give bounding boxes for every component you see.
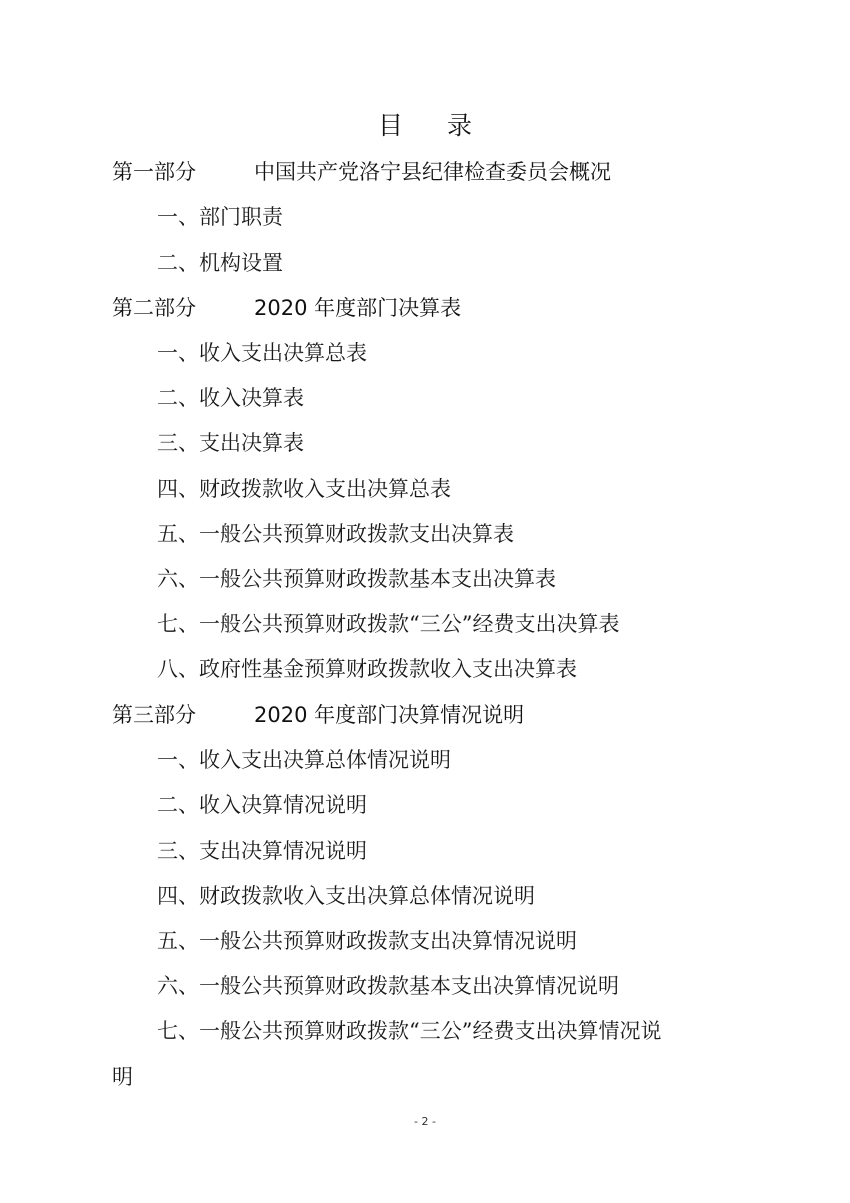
page-number: - 2 - — [0, 1115, 850, 1128]
toc-item[interactable]: 二、机构设置 — [157, 248, 283, 278]
toc-item[interactable]: 一、收入支出决算总表 — [157, 338, 367, 368]
toc-item[interactable]: 六、一般公共预算财政拨款基本支出决算情况说明 — [157, 971, 619, 1001]
toc-item[interactable]: 一、收入支出决算总体情况说明 — [157, 745, 451, 775]
toc-item[interactable]: 四、财政拨款收入支出决算总体情况说明 — [157, 881, 535, 911]
toc-item[interactable]: 七、一般公共预算财政拨款“三公”经费支出决算情况说 — [157, 1016, 661, 1046]
toc-item[interactable]: 五、一般公共预算财政拨款支出决算表 — [157, 519, 514, 549]
toc-item[interactable]: 八、政府性基金预算财政拨款收入支出决算表 — [157, 654, 577, 684]
toc-item[interactable]: 四、财政拨款收入支出决算总表 — [157, 474, 451, 504]
part-number: 第三部分 — [112, 700, 254, 730]
toc-part-3[interactable]: 第三部分2020 年度部门决算情况说明 — [112, 700, 524, 730]
toc-item[interactable]: 三、支出决算表 — [157, 428, 304, 458]
toc-item-wrap: 明 — [112, 1062, 133, 1092]
toc-item[interactable]: 五、一般公共预算财政拨款支出决算情况说明 — [157, 926, 577, 956]
toc-item[interactable]: 一、部门职责 — [157, 202, 283, 232]
toc-part-1[interactable]: 第一部分中国共产党洛宁县纪律检查委员会概况 — [112, 157, 611, 187]
toc-item[interactable]: 六、一般公共预算财政拨款基本支出决算表 — [157, 564, 556, 594]
part-title: 2020 年度部门决算表 — [254, 296, 461, 320]
toc-item[interactable]: 七、一般公共预算财政拨款“三公”经费支出决算表 — [157, 609, 619, 639]
part-number: 第一部分 — [112, 157, 254, 187]
toc-item[interactable]: 三、支出决算情况说明 — [157, 836, 367, 866]
page-title: 目录 — [0, 108, 850, 144]
part-title: 中国共产党洛宁县纪律检查委员会概况 — [254, 160, 611, 184]
toc-item[interactable]: 二、收入决算情况说明 — [157, 790, 367, 820]
toc-part-2[interactable]: 第二部分2020 年度部门决算表 — [112, 293, 461, 323]
part-title: 2020 年度部门决算情况说明 — [254, 703, 524, 727]
toc-item[interactable]: 二、收入决算表 — [157, 383, 304, 413]
part-number: 第二部分 — [112, 293, 254, 323]
